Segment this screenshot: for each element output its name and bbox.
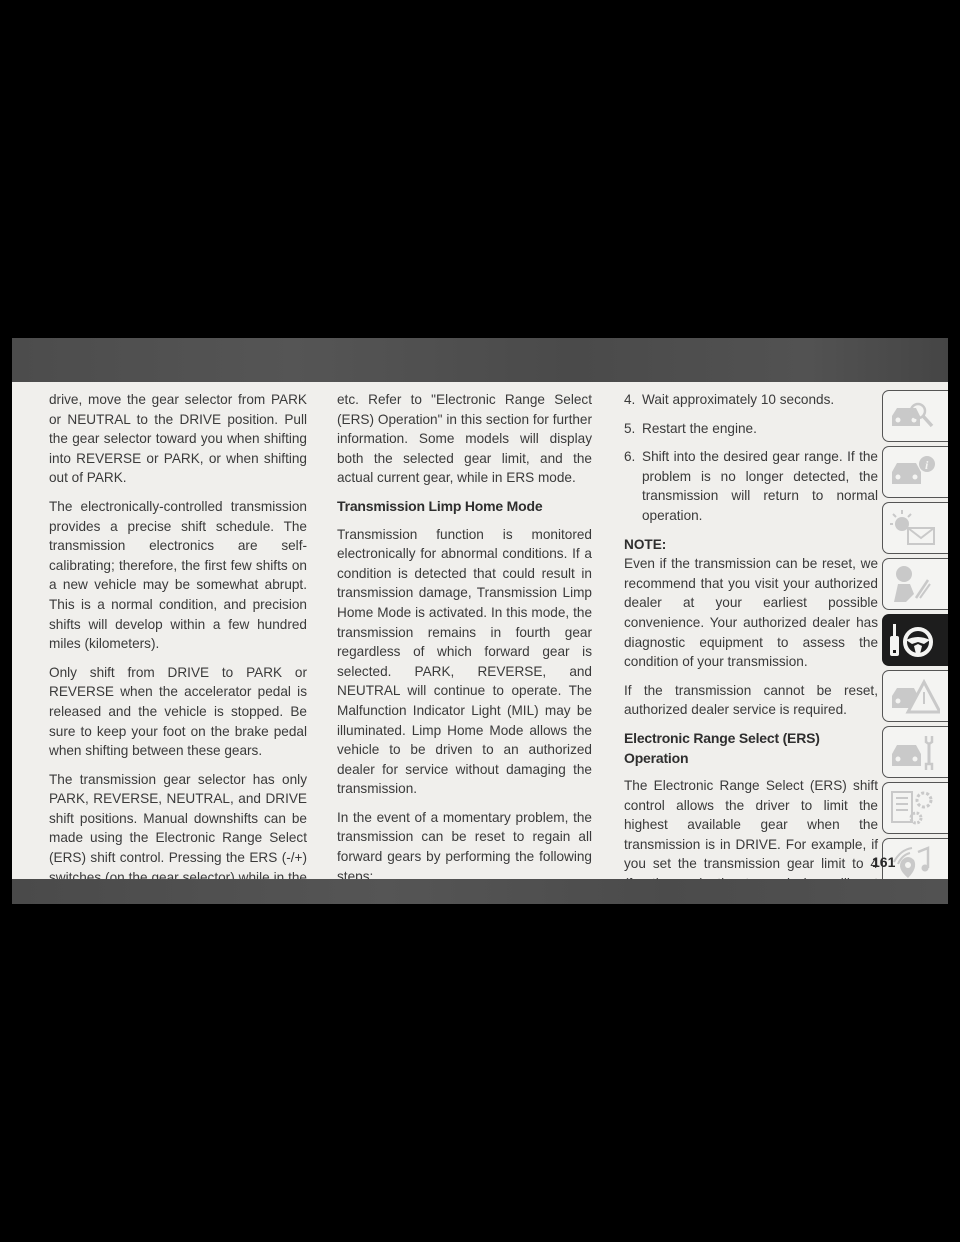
car-info-icon: i [888,452,940,492]
specifications-gear-icon [888,788,940,828]
multimedia-icon [888,844,940,884]
paragraph: In the event of a momentary problem, the… [337,808,592,886]
paragraph: etc. Refer to "Electronic Range Select (… [337,390,592,488]
list-item: 4.Wait approximately 10 seconds. [624,390,878,410]
tab-in-case-of-emergency[interactable] [882,670,948,722]
tab-technical-specifications[interactable] [882,782,948,834]
reset-steps-list-continued: 4.Wait approximately 10 seconds. 5.Resta… [624,390,878,526]
note-label: NOTE: [624,535,878,555]
tab-servicing-maintenance[interactable] [882,726,948,778]
paragraph: Only shift from DRIVE to PARK or REVERSE… [49,663,307,761]
top-band [12,338,948,382]
key-steering-wheel-icon [888,620,940,660]
note-paragraph: Even if the transmission can be reset, w… [624,554,878,672]
step-text: Restart the engine. [642,419,878,439]
tab-getting-to-know-vehicle[interactable] [882,390,948,442]
bottom-band [12,879,948,904]
car-search-icon [888,396,940,436]
column-2: etc. Refer to "Electronic Range Select (… [337,390,592,904]
tab-warning-lights-messages[interactable] [882,502,948,554]
section-heading-limp-home: Transmission Limp Home Mode [337,497,592,517]
step-text: Wait approximately 10 seconds. [642,390,878,410]
airbag-safety-icon [888,564,940,604]
step-text: Shift into the desired gear range. If th… [642,447,878,525]
list-item: 6.Shift into the desired gear range. If … [624,447,878,525]
column-1: drive, move the gear selector from PARK … [49,390,307,904]
column-3: 4.Wait approximately 10 seconds. 5.Resta… [624,390,878,904]
paragraph: The electronically-controlled transmissi… [49,497,307,654]
page-number: 161 [872,854,895,870]
paragraph: If the transmission cannot be reset, aut… [624,681,878,720]
chapter-tabs: i ZEBAICTD [882,390,948,904]
car-hazard-icon [888,676,940,716]
tab-starting-and-operating[interactable] [882,614,948,666]
car-wrench-icon [888,732,940,772]
paragraph: drive, move the gear selector from PARK … [49,390,307,488]
manual-page: drive, move the gear selector from PARK … [12,338,948,904]
paragraph: Transmission function is monitored elect… [337,525,592,799]
step-number: 4. [624,390,642,410]
list-item: 5.Restart the engine. [624,419,878,439]
warning-light-message-icon [888,508,940,548]
section-heading-ers: Electronic Range Select (ERS) Operation [624,729,878,768]
step-number: 6. [624,447,642,525]
tab-safety[interactable] [882,558,948,610]
step-number: 5. [624,419,642,439]
tab-vehicle-info[interactable]: i [882,446,948,498]
